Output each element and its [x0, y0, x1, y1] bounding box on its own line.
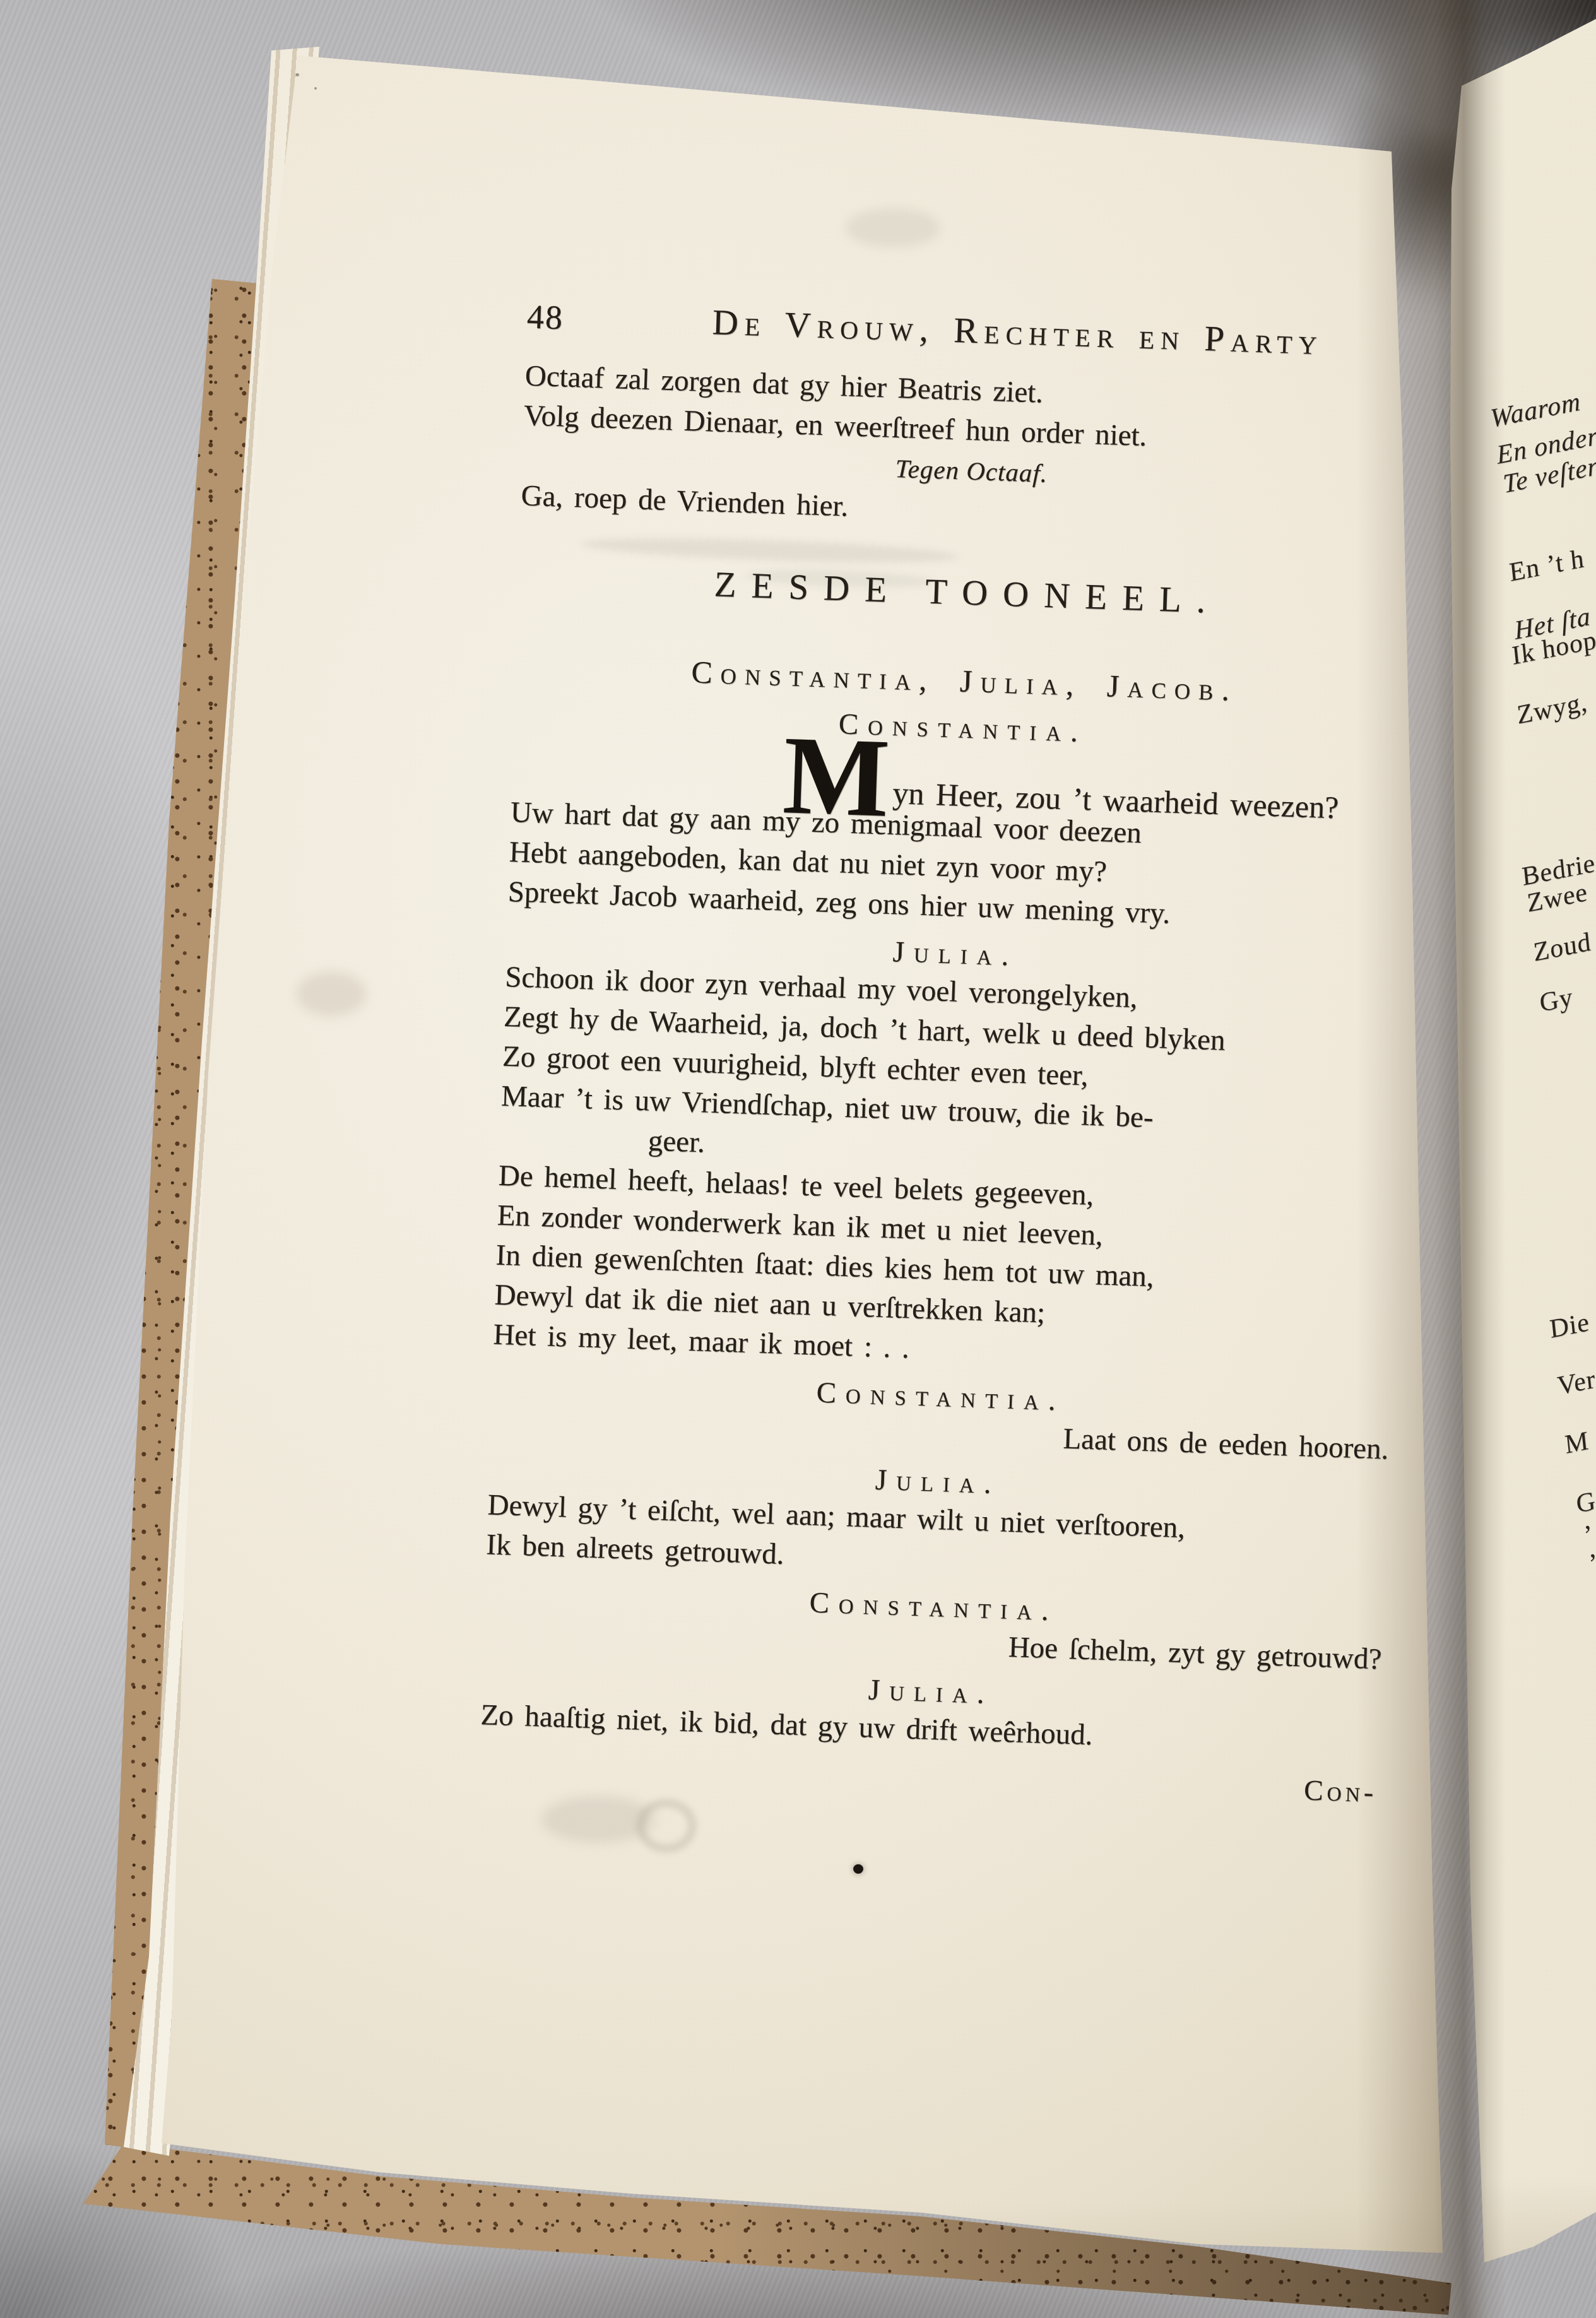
next-page-fragment: ’ — [1587, 1547, 1596, 1580]
ink-dot — [853, 1864, 863, 1874]
next-page-fragment: ’ — [1582, 1519, 1595, 1551]
next-page-fragment: Zwyg, — [1515, 687, 1588, 731]
page-number: 48 — [526, 297, 611, 339]
text-lines: Octaaf zal zorgen dat gy hier Beatris zi… — [478, 356, 1424, 1812]
next-page-fragment: Gy — [1538, 982, 1574, 1019]
gutter-shadow — [1357, 0, 1505, 2318]
scene-heading: ZESDE TOONEEL. — [517, 556, 1417, 630]
margin-stain — [297, 972, 366, 1016]
next-page-fragment: Ver — [1556, 1364, 1596, 1402]
grey-smudge — [846, 208, 940, 247]
book-photo: 48 De Vrouw, Rechter en Party Octaaf zal… — [0, 0, 1596, 2318]
dirt-speck — [314, 87, 317, 90]
paper-stain-ring — [636, 1799, 697, 1853]
next-page-fragment: G — [1575, 1486, 1596, 1520]
next-page-fragment: En ’t h — [1508, 543, 1585, 588]
drop-cap-letter: M — [781, 712, 891, 840]
page-text-block: 48 De Vrouw, Rechter en Party Octaaf zal… — [478, 296, 1426, 1812]
next-page-fragment: Zoud — [1532, 926, 1592, 968]
running-title: De Vrouw, Rechter en Party — [610, 299, 1426, 367]
next-page-fragment: M — [1563, 1426, 1590, 1460]
dirt-speck — [295, 73, 299, 76]
next-page-fragment: Die — [1548, 1307, 1591, 1345]
